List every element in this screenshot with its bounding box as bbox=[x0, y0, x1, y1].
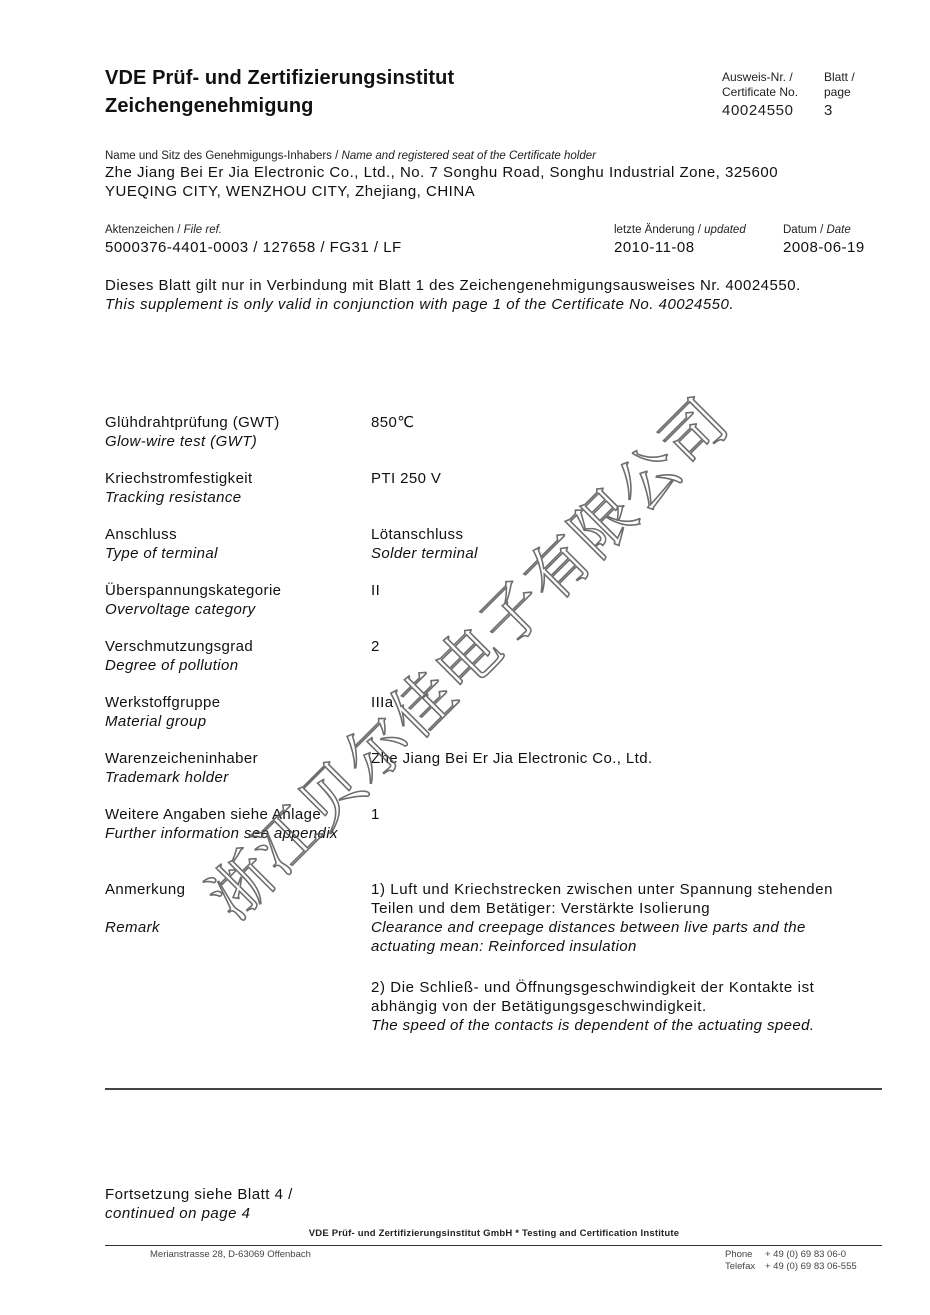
spec-label-de: Kriechstromfestigkeit bbox=[105, 469, 253, 488]
fax-number: + 49 (0) 69 83 06-555 bbox=[765, 1261, 857, 1272]
spec-label-de: Anschluss bbox=[105, 525, 218, 544]
phone-label: Phone bbox=[725, 1249, 765, 1261]
spec-row-overvoltage: Überspannungskategorie Overvoltage categ… bbox=[105, 581, 281, 619]
holder-label-de: Name und Sitz des Genehmigungs-Inhabers … bbox=[105, 150, 342, 162]
certificate-label-en: Certificate No. bbox=[722, 85, 798, 99]
updated-label: letzte Änderung / updated bbox=[614, 224, 746, 236]
spec-value: 1 bbox=[371, 805, 861, 824]
remark-label-en: Remark bbox=[105, 918, 160, 937]
holder-label-en: Name and registered seat of the Certific… bbox=[342, 150, 596, 162]
continuation-en: continued on page 4 bbox=[105, 1205, 250, 1222]
spec-row-tracking: Kriechstromfestigkeit Tracking resistanc… bbox=[105, 469, 253, 507]
holder-address-line2: YUEQING CITY, WENZHOU CITY, Zhejiang, CH… bbox=[105, 183, 475, 200]
certificate-number: 40024550 bbox=[722, 101, 798, 121]
footer-fax-row: Telefax+ 49 (0) 69 83 06-555 bbox=[725, 1261, 857, 1273]
footer-phone-row: Phone+ 49 (0) 69 83 06-0 bbox=[725, 1249, 857, 1261]
continuation-de: Fortsetzung siehe Blatt 4 / bbox=[105, 1186, 293, 1203]
remark-text-de: 1) Luft und Kriechstrecken zwischen unte… bbox=[371, 880, 861, 918]
file-ref-value: 5000376-4401-0003 / 127658 / FG31 / LF bbox=[105, 239, 402, 256]
spec-value: PTI 250 V bbox=[371, 469, 861, 488]
spec-value-de: Lötanschluss bbox=[371, 525, 861, 544]
spec-value-en: Solder terminal bbox=[371, 544, 861, 563]
spec-label-de: Überspannungskategorie bbox=[105, 581, 281, 600]
remark-text-en: The speed of the contacts is dependent o… bbox=[371, 1016, 861, 1035]
footer-divider bbox=[105, 1245, 882, 1246]
document-subtitle: Zeichengenehmigung bbox=[105, 95, 313, 118]
spec-label-en: Type of terminal bbox=[105, 544, 218, 563]
spec-row-glow-wire: Glühdrahtprüfung (GWT) Glow-wire test (G… bbox=[105, 413, 280, 451]
page-label-en: page bbox=[824, 85, 851, 99]
footer-institute: VDE Prüf- und Zertifizierungsinstitut Gm… bbox=[0, 1228, 930, 1239]
updated-label-de: letzte Änderung / bbox=[614, 224, 704, 236]
spec-label-en: Further information see appendix bbox=[105, 824, 345, 843]
holder-label: Name und Sitz des Genehmigungs-Inhabers … bbox=[105, 150, 596, 162]
spec-row-material: Werkstoffgruppe Material group bbox=[105, 693, 221, 731]
footer-address: Merianstrasse 28, D-63069 Offenbach bbox=[150, 1249, 311, 1260]
spec-label-de: Verschmutzungsgrad bbox=[105, 637, 253, 656]
spec-value: II bbox=[371, 581, 861, 600]
fax-label: Telefax bbox=[725, 1261, 765, 1273]
validity-note-de: Dieses Blatt gilt nur in Verbindung mit … bbox=[105, 277, 801, 294]
page-number: 3 bbox=[824, 101, 855, 121]
page-number-block: Blatt / page 3 bbox=[824, 70, 855, 121]
spec-label-en: Material group bbox=[105, 712, 221, 731]
file-ref-label: Aktenzeichen / File ref. bbox=[105, 224, 222, 236]
remark-text-en: Clearance and creepage distances between… bbox=[371, 918, 861, 956]
spec-label-en: Degree of pollution bbox=[105, 656, 253, 675]
phone-number: + 49 (0) 69 83 06-0 bbox=[765, 1249, 846, 1260]
spec-value: 2 bbox=[371, 637, 861, 656]
spec-label-en: Tracking resistance bbox=[105, 488, 253, 507]
page-label-de: Blatt / bbox=[824, 70, 855, 84]
remark-item-2: 2) Die Schließ- und Öffnungsgeschwindigk… bbox=[371, 978, 861, 1035]
remark-label-de: Anmerkung bbox=[105, 880, 185, 899]
date-value: 2008-06-19 bbox=[783, 239, 865, 256]
holder-address-line1: Zhe Jiang Bei Er Jia Electronic Co., Ltd… bbox=[105, 164, 778, 181]
remark-text-de: 2) Die Schließ- und Öffnungsgeschwindigk… bbox=[371, 978, 861, 1016]
date-label: Datum / Date bbox=[783, 224, 851, 236]
spec-label-en: Trademark holder bbox=[105, 768, 258, 787]
spec-label-de: Glühdrahtprüfung (GWT) bbox=[105, 413, 280, 432]
spec-value: 850℃ bbox=[371, 413, 861, 432]
date-label-en: Date bbox=[826, 224, 850, 236]
spec-row-trademark: Warenzeicheninhaber Trademark holder bbox=[105, 749, 258, 787]
spec-label-en: Overvoltage category bbox=[105, 600, 281, 619]
spec-row-pollution: Verschmutzungsgrad Degree of pollution bbox=[105, 637, 253, 675]
spec-value: Zhe Jiang Bei Er Jia Electronic Co., Ltd… bbox=[371, 749, 861, 768]
certificate-label-de: Ausweis-Nr. / bbox=[722, 70, 793, 84]
document-title: VDE Prüf- und Zertifizierungsinstitut bbox=[105, 67, 454, 90]
spec-label-de: Warenzeicheninhaber bbox=[105, 749, 258, 768]
spec-value: IIIa bbox=[371, 693, 861, 712]
updated-value: 2010-11-08 bbox=[614, 239, 695, 256]
spec-label-en: Glow-wire test (GWT) bbox=[105, 432, 280, 451]
spec-value: Lötanschluss Solder terminal bbox=[371, 525, 861, 563]
spec-row-further-info: Weitere Angaben siehe Anlage Further inf… bbox=[105, 805, 345, 843]
footer-contact: Phone+ 49 (0) 69 83 06-0 Telefax+ 49 (0)… bbox=[725, 1249, 857, 1273]
certificate-number-block: Ausweis-Nr. / Certificate No. 40024550 bbox=[722, 70, 798, 121]
validity-note-en: This supplement is only valid in conjunc… bbox=[105, 296, 734, 313]
file-ref-label-en: File ref. bbox=[184, 224, 222, 236]
spec-label-de: Werkstoffgruppe bbox=[105, 693, 221, 712]
spec-row-terminal: Anschluss Type of terminal bbox=[105, 525, 218, 563]
date-label-de: Datum / bbox=[783, 224, 826, 236]
updated-label-en: updated bbox=[704, 224, 746, 236]
remark-item-1: 1) Luft und Kriechstrecken zwischen unte… bbox=[371, 880, 861, 956]
section-divider bbox=[105, 1088, 882, 1090]
file-ref-label-de: Aktenzeichen / bbox=[105, 224, 184, 236]
spec-label-de: Weitere Angaben siehe Anlage bbox=[105, 805, 345, 824]
